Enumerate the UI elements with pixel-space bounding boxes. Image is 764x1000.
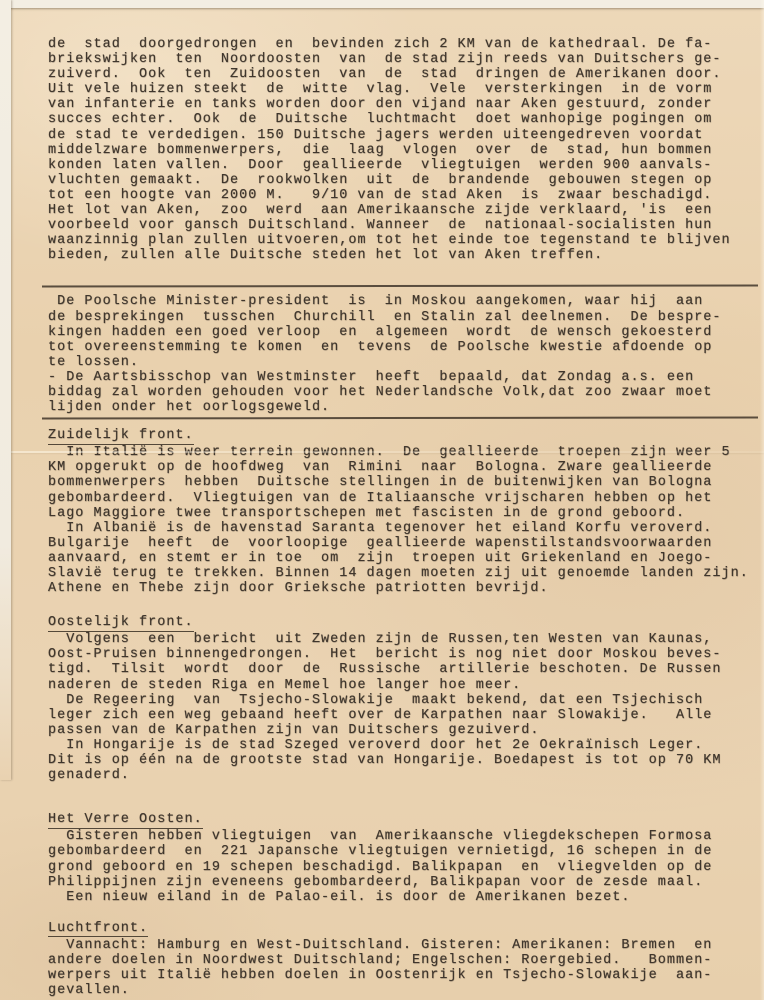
section-heading-text: Oostelijk front. (48, 615, 194, 632)
text-line: Een nieuw eiland in de Palao-eil. is doo… (48, 890, 756, 905)
text-line: Lago Maggiore twee transportschepen met … (48, 506, 756, 521)
section-heading-oostelijk-front: Oostelijk front. (48, 615, 756, 630)
section-paragraph: Gisteren hebben vliegtuigen van Amerikaa… (48, 829, 756, 904)
text-line: Gisteren hebben vliegtuigen van Amerikaa… (48, 829, 756, 844)
text-line: grond geboord en 19 schepen beschadigd. … (48, 860, 756, 875)
text-line: tot een hoogte van 2000 M. 9/10 van de s… (48, 188, 756, 203)
text-line: kingen hadden een goed verloop en algeme… (48, 325, 756, 340)
text-line: tigd. Tilsit wordt door de Russische art… (48, 662, 756, 677)
scan-edge-top (0, 0, 764, 8)
text-line: te lossen. (48, 355, 756, 370)
section-paragraph: Volgens een bericht uit Zweden zijn de R… (48, 632, 756, 783)
text-line: van infanterie en tanks worden door den … (48, 97, 756, 112)
scan-edge-right (760, 0, 764, 1000)
text-line: werpers uit Italië hebben doelen in Oost… (48, 968, 756, 983)
text-line: tot overeenstemming te komen en tevens d… (48, 340, 756, 355)
text-line: biddag zal worden gehouden voor het Nede… (48, 385, 756, 400)
text-line: gebombardeerd. Vliegtuigen van de Italia… (48, 491, 756, 506)
text-line: middelzware bommenwerpers, die laag vlog… (48, 143, 756, 158)
text-line: Oost-Pruisen binnengedrongen. Het berich… (48, 647, 756, 662)
section-heading-zuidelijk-front: Zuidelijk front. (48, 428, 756, 443)
section-heading-text: Zuidelijk front. (48, 428, 194, 445)
section-heading-text: Luchtfront. (48, 921, 148, 938)
text-line: In Albanië is de havenstad Saranta tegen… (48, 521, 756, 536)
text-line: andere doelen in Noordwest Duitschland; … (48, 953, 756, 968)
text-line: naderen de steden Riga en Memel hoe lang… (48, 678, 756, 693)
text-line: De Regeering van Tsjecho-Slowakije maakt… (48, 693, 756, 708)
text-line: Vannacht: Hamburg en West-Duitschland. G… (48, 938, 756, 953)
section-heading-het-verre-oosten: Het Verre Oosten. (48, 812, 756, 827)
section-het-verre-oosten: Het Verre Oosten. Gisteren hebben vliegt… (48, 812, 756, 905)
text-line: bieden, zullen alle Duitsche steden het … (48, 248, 756, 263)
text-line: Slavië terug te trekken. Binnen 14 dagen… (48, 566, 756, 581)
text-line: konden laten vallen. Door geallieerde vl… (48, 158, 756, 173)
text-line: de stad doorgedrongen en bevinden zich 2… (48, 37, 756, 52)
section-heading-text: Het Verre Oosten. (48, 812, 203, 829)
text-line: Volgens een bericht uit Zweden zijn de R… (48, 632, 756, 647)
section-oostelijk-front: Oostelijk front. Volgens een bericht uit… (48, 615, 756, 783)
section-heading-luchtfront: Luchtfront. (48, 921, 756, 936)
text-line: leger zich een weg gebaand heeft over de… (48, 708, 756, 723)
intro-paragraph: de stad doorgedrongen en bevinden zich 2… (48, 37, 756, 263)
text-line: Het lot van Aken, zoo werd aan Amerikaan… (48, 203, 756, 218)
text-line: Dit is op één na de grootste stad van Ho… (48, 753, 756, 768)
text-line: voorbeeld voor gansch Duitschland. Wanne… (48, 218, 756, 233)
text-line: genaderd. (48, 768, 756, 783)
text-line: lijden onder het oorlogsgeweld. (48, 400, 756, 415)
text-line: vluchten gemaakt. De rookwolken uit de b… (48, 173, 756, 188)
section-zuidelijk-front: Zuidelijk front. In Italië is weer terre… (48, 428, 756, 596)
text-line: passen van de Karpathen zijn van Duitsch… (48, 723, 756, 738)
text-line: zuiverd. Ook ten Zuidoosten van de stad … (48, 67, 756, 82)
document-content: de stad doorgedrongen en bevinden zich 2… (0, 0, 764, 998)
section-paragraph: Vannacht: Hamburg en West-Duitschland. G… (48, 938, 756, 998)
typed-divider-top (42, 285, 758, 288)
text-line: de besprekingen tusschen Churchill en St… (48, 310, 756, 325)
text-line: aanvaard, en stemt er in toe om zijn tro… (48, 551, 756, 566)
scanned-news-bulletin: { "colors": { "paper": "#e9d1ae", "ink":… (0, 0, 764, 1000)
text-line: KM opgerukt op de hoofdweg van Rimini na… (48, 460, 756, 475)
section-paragraph: In Italië is weer terrein gewonnen. De g… (48, 445, 756, 596)
text-line: - De Aartsbisschop van Westminster heeft… (48, 370, 756, 385)
text-line: In Hongarije is de stad Szeged veroverd … (48, 738, 756, 753)
text-line: de stad te verdedigen. 150 Duitsche jage… (48, 128, 756, 143)
text-line: bommenwerpers hebben Duitsche stellingen… (48, 475, 756, 490)
text-line: Athene en Thebe zijn door Grieksche patr… (48, 581, 756, 596)
text-line: Uit vele huizen steekt de witte vlag. Ve… (48, 82, 756, 97)
text-line: De Poolsche Minister-president is in Mos… (48, 294, 756, 309)
paper-background: de stad doorgedrongen en bevinden zich 2… (0, 0, 764, 1000)
text-line: In Italië is weer terrein gewonnen. De g… (48, 445, 756, 460)
text-line: gebombardeerd en 221 Japansche vliegtuig… (48, 844, 756, 859)
typed-divider-bottom (42, 417, 758, 420)
text-line: waanzinnig plan zullen uitvoeren,om tot … (48, 233, 756, 248)
text-line: Philippijnen zijn eveneens gebombardeerd… (48, 875, 756, 890)
scan-edge-left (0, 0, 11, 780)
text-line: succes echter. Ook de Duitsche luchtmach… (48, 112, 756, 127)
text-line: Bulgarije heeft de voorloopige geallieer… (48, 536, 756, 551)
political-news-paragraph: De Poolsche Minister-president is in Mos… (48, 294, 756, 415)
text-line: briekswijken ten Noordoosten van de stad… (48, 52, 756, 67)
section-luchtfront: Luchtfront. Vannacht: Hamburg en West-Du… (48, 921, 756, 998)
text-line: gevallen. (48, 983, 756, 998)
